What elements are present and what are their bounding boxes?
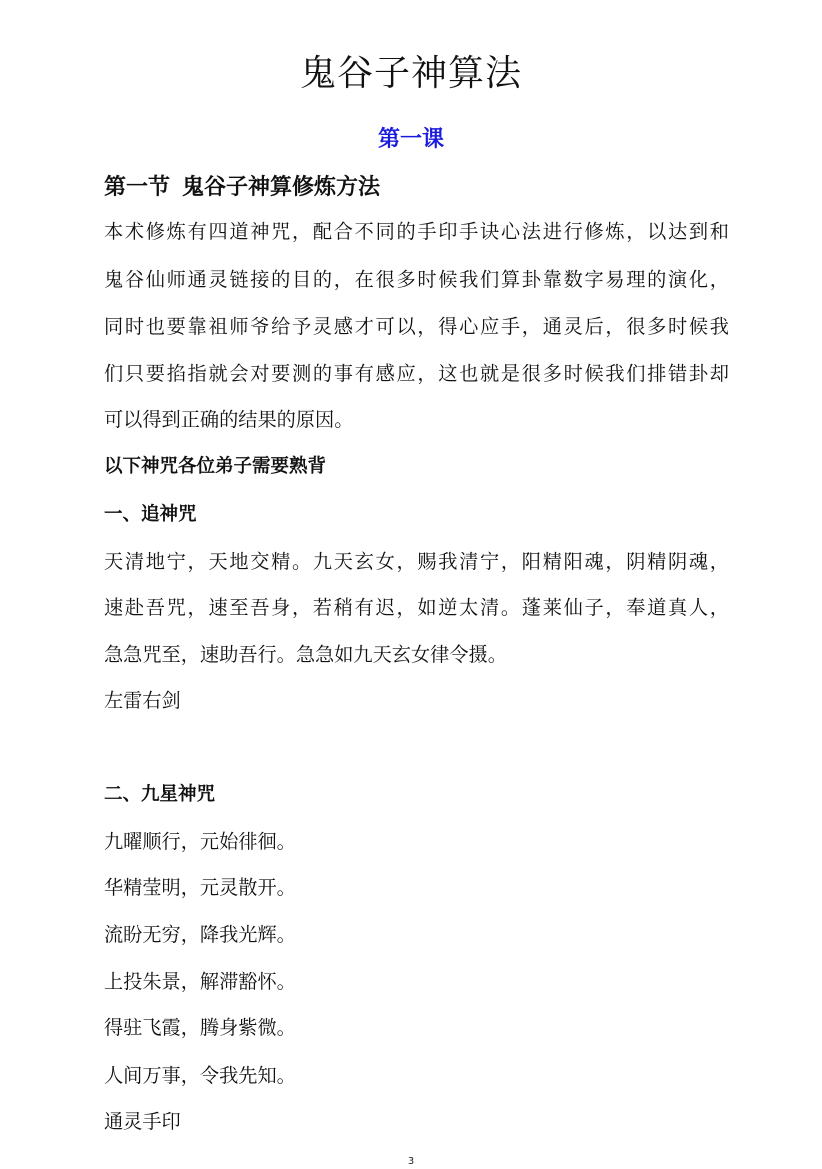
mantra-line: 人间万事，令我先知。 bbox=[104, 1062, 296, 1090]
section-name: 鬼谷子神算修炼方法 bbox=[182, 175, 380, 200]
mantra-line: 急急咒至，速助吾行。急急如九天玄女律令摄。 bbox=[104, 641, 507, 669]
intro-line: 可以得到正确的结果的原因。 bbox=[104, 406, 353, 434]
section-number: 第一节 bbox=[104, 175, 170, 200]
mantra-line: 华精莹明，元灵散开。 bbox=[104, 874, 296, 902]
mantra-line: 天清地宁，天地交精。九天玄女，赐我清宁，阳精阳魂，阴精阴魂， bbox=[104, 548, 729, 576]
intro-line: 本术修炼有四道神咒，配合不同的手印手诀心法进行修炼，以达到和 bbox=[104, 218, 729, 246]
mantra-line: 得驻飞霞，腾身紫微。 bbox=[104, 1014, 296, 1042]
mantra-2-gesture: 通灵手印 bbox=[104, 1108, 181, 1136]
mantra-2-heading: 二、九星神咒 bbox=[104, 781, 215, 809]
mantra-line: 流盼无穷，降我光辉。 bbox=[104, 921, 296, 949]
intro-line: 鬼谷仙师通灵链接的目的，在很多时候我们算卦靠数字易理的演化， bbox=[104, 266, 729, 294]
mantra-1-gesture: 左雷右剑 bbox=[104, 687, 181, 715]
mantra-line: 速赴吾咒，速至吾身，若稍有迟，如逆太清。蓬莱仙子，奉道真人， bbox=[104, 594, 729, 622]
mantra-1-heading: 一、追神咒 bbox=[104, 501, 197, 529]
document-title: 鬼谷子神算法 bbox=[0, 50, 822, 98]
lesson-heading: 第一课 bbox=[0, 124, 822, 156]
document-page: 鬼谷子神算法 第一课 第一节鬼谷子神算修炼方法 本术修炼有四道神咒，配合不同的手… bbox=[0, 0, 822, 1169]
mantra-line: 九曜顺行，元始徘徊。 bbox=[104, 828, 296, 856]
section-heading: 第一节鬼谷子神算修炼方法 bbox=[104, 172, 380, 204]
intro-line: 们只要掐指就会对要测的事有感应，这也就是很多时候我们排错卦却 bbox=[104, 360, 729, 388]
memorize-note: 以下神咒各位弟子需要熟背 bbox=[104, 453, 326, 481]
intro-line: 同时也要靠祖师爷给予灵感才可以，得心应手，通灵后，很多时候我 bbox=[104, 313, 729, 341]
page-number: 3 bbox=[0, 1156, 822, 1168]
mantra-line: 上投朱景，解滞豁怀。 bbox=[104, 968, 296, 996]
